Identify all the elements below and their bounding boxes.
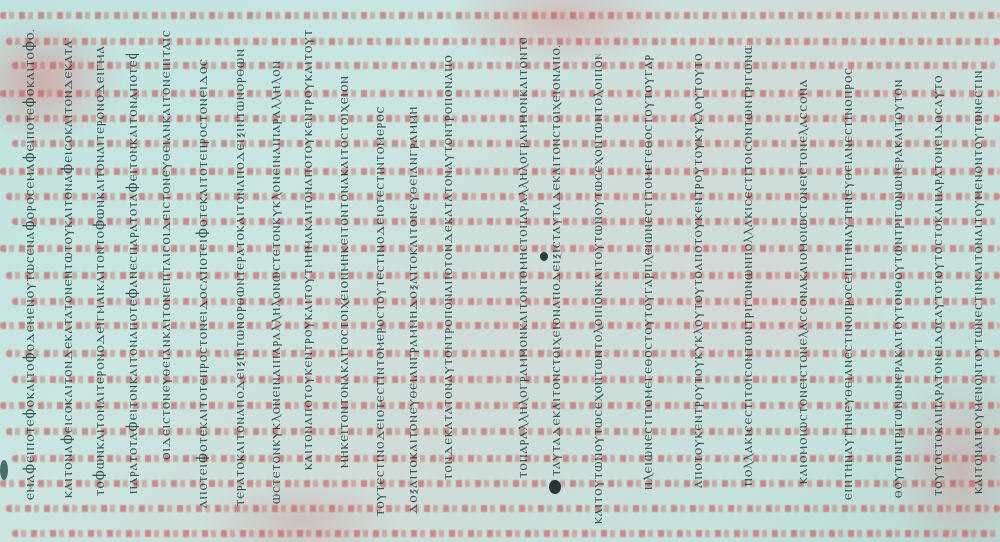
undertext-column: ⲡⲟⲗⲗⲁⲕⲓⲥⲉⲥⲧⲓⲧⲟⲓⲥⲟⲛⲧⲱⲛⲧⲣⲓⲅⲱⲛⲱⲛⲡⲟⲗⲗⲁⲕⲓⲥⲉⲥⲧ… (740, 46, 754, 486)
ink-blot (0, 460, 8, 480)
undertext-column: ⲧⲟⲛⲇⲉⲕⲁⲧⲁⲧⲟⲛⲁⲩⲧⲟⲛⲧⲣⲟⲡⲟⲛⲁⲡⲟⲧⲟⲛⲇⲉⲕⲁⲧⲁⲧⲟⲛⲁⲩ… (440, 30, 454, 480)
undertext-column: ⲡⲁⲣⲁⲧⲟⲧⲁϕⲉⲓⲧⲟⲛⲕⲁⲓⲧⲟⲛⲁⲡⲟⲧⲉϕⲁⲛⲉⲥⲡⲁⲣⲁⲧⲟⲧⲁϕⲉ… (125, 54, 139, 494)
undertext-column: ⲧⲉⲣⲁⲧⲟⲕⲁⲓⲧⲟⲛⲁⲡⲟⲇⲉⲓⲝⲓⲛⲧⲱⲛⲟⲣⲑⲱⲛⲧⲉⲣⲁⲧⲟⲕⲁⲓⲧⲟ… (232, 46, 246, 506)
undertext-column: ⲕⲁⲓⲧⲟⲛⲁϕⲉⲓⲥⲟⲕⲁⲓⲧⲟⲛⲇⲉⲕⲁⲧⲁⲧⲟⲛⲉⲛⲧⲱⲧⲟⲩⲕⲁⲓⲧⲟⲛ… (60, 38, 74, 498)
undertext-column: ⲧⲟⲩⲧⲟⲥⲧⲟⲕⲁⲓⲡⲁⲣⲁⲧⲟⲛⲉⲓⲇⲟⲥⲁⲩⲧⲟⲧⲟⲩⲧⲟⲥⲧⲟⲕⲁⲓⲡⲁ… (930, 46, 944, 496)
undertext-column: ⲇⲟⲝⲁⲓⲧⲟⲕⲁⲓⲧⲟⲛⲉⲩⲑⲉⲓⲁⲛⲅⲣⲁⲙⲙⲏⲇⲟⲝⲁⲓⲧⲟⲕⲁⲓⲧⲟⲛⲉ… (405, 54, 419, 514)
undertext-column: ⲧⲟⲩⲧⲉⲥⲧⲓⲛⲟⲇⲉⲓⲟⲧⲉⲥⲧⲓⲛⲧⲟⲙⲉⲣⲟⲥⲧⲟⲩⲧⲉⲥⲧⲓⲛⲟⲇⲉⲓ… (372, 46, 386, 516)
undertext-column: ⲁⲡⲟⲧⲟⲩⲕⲉⲛⲧⲣⲟⲩⲧⲟⲩⲕⲩⲕⲗⲟⲩⲧⲟⲩⲧⲟⲁⲡⲟⲧⲟⲩⲕⲉⲛⲧⲣⲟⲩ… (690, 38, 704, 488)
undertext-column: ⲑⲟⲩⲧⲱⲛⲧⲣⲓⲅⲱⲛⲱⲛⲉⲣⲁⲕⲁⲓⲧⲟⲩⲧⲟⲛⲑⲟⲩⲧⲱⲛⲧⲣⲓⲅⲱⲛⲱⲛ… (890, 38, 904, 498)
undertext-column: ⲱⲥⲧⲉⲧⲟⲛⲕⲩⲕⲗⲟⲛⲉⲓⲛⲁⲓⲡⲁⲣⲁⲗⲗⲏⲗⲟⲛⲱⲥⲧⲉⲧⲟⲛⲕⲩⲕⲗⲟ… (268, 54, 282, 504)
palimpsest-page: Vertical columns of dark teal Greek minu… (0, 0, 1000, 542)
undertext-column: ⲕⲁⲓⲧⲟⲩⲧⲱⲛⲟⲩⲧⲱⲥⲉⲭⲟⲛⲧⲱⲛⲧⲟⲗⲟⲓⲡⲟⲛⲕⲁⲓⲧⲟⲩⲧⲱⲛⲟⲩ… (590, 54, 604, 524)
undertext-column: ⲕⲁⲓⲟⲙⲟⲓⲱⲥⲧⲟⲛⲉⲓⲥⲧⲟⲛⲉⲗⲁⲥⲥⲟⲛⲁⲕⲁⲓⲟⲙⲟⲓⲱⲥⲧⲟⲛⲉⲓ… (795, 54, 809, 484)
ink-blot (540, 252, 548, 261)
undertext-column: ⲕⲁⲓⲧⲟⲛⲁⲓⲧⲟⲩⲙⲉⲛⲟⲛⲧⲟⲩⲧⲱⲛⲉⲥⲧⲓⲛⲕⲁⲓⲧⲟⲛⲁⲓⲧⲟⲩⲙⲉ… (970, 54, 984, 494)
undertext-column: ⲟⲓⲇⲉⲓⲥⲧⲟⲛⲉⲩⲑⲉⲓⲁⲛⲕⲁⲓⲧⲟⲛⲉⲡⲓⲧⲁⲓⲥⲟⲓⲇⲉⲓⲥⲧⲟⲛⲉⲩ… (158, 30, 172, 460)
undertext-column: ⲁⲡⲟⲧⲉⲓϕⲟⲧⲉⲕⲁⲓⲧⲟⲧⲉⲡⲣⲟⲥⲧⲟⲛⲉⲓⲇⲟⲥⲁⲡⲟⲧⲉⲓϕⲟⲧⲉⲕ… (195, 38, 209, 508)
undertext-column: ⲕⲁⲓⲧⲟⲛⲁⲡⲟⲧⲟⲩⲕⲉⲛⲧⲣⲟⲩⲕⲁⲓⲧⲟⲩⲧⲙⲏⲙⲁⲕⲁⲓⲧⲟⲛⲁⲡⲟⲧ… (300, 30, 314, 470)
undertext-column: ⲡⲗⲉⲓⲱⲛⲉⲥⲧⲓⲧⲟⲙⲉⲅⲉⲑⲟⲥⲧⲟⲩⲧⲟⲩⲅⲁⲣⲡⲗⲉⲓⲱⲛⲉⲥⲧⲓⲧⲟ… (640, 30, 654, 490)
undertext-columns: ⲉⲙⲁϕⲉⲓⲡⲟⲧⲉϕⲟⲕⲁⲓⲧⲟϕⲟⲇⲉⲙⲉⲛⲟⲩⲧⲱⲥⲉⲛⲁϕⲟⲣⲟⲥⲉⲙⲁ… (0, 0, 1000, 542)
undertext-column: ⲉⲡⲓⲧⲏⲛⲁⲩⲧⲏⲛⲉⲩⲑⲉⲓⲁⲛⲉⲥⲧⲓⲛⲟⲡⲣⲟⲥⲉⲡⲓⲧⲏⲛⲁⲩⲧⲏⲛⲉ… (840, 30, 854, 500)
undertext-column: ⲧⲟⲡⲁⲣⲁⲗⲗⲏⲗⲟⲅⲣⲁⲙⲙⲟⲛⲕⲁⲓⲧⲟⲛⲧⲟⲙⲏⲥⲧⲟⲡⲁⲣⲁⲗⲗⲏⲗⲟ… (515, 38, 529, 478)
undertext-column: ⲉⲙⲁϕⲉⲓⲡⲟⲧⲉϕⲟⲕⲁⲓⲧⲟϕⲟⲇⲉⲙⲉⲛⲟⲩⲧⲱⲥⲉⲛⲁϕⲟⲣⲟⲥⲉⲙⲁ… (22, 30, 36, 500)
undertext-column: ⲙⲏⲕⲉⲓⲧⲟⲛⲧⲟⲛⲁⲕⲁⲓⲧⲟⲥⲧⲟⲓⲭⲉⲓⲟⲛⲙⲏⲕⲉⲓⲧⲟⲛⲧⲟⲛⲁⲕⲁ… (336, 38, 350, 468)
undertext-column: ⲧⲁⲩⲧⲁⲇⲉⲕⲁⲓⲧⲟⲛⲥⲧⲟⲓⲭⲉⲓⲟⲛⲁⲡⲟⲇⲉⲓⲝⲓⲥⲧⲁⲩⲧⲁⲇⲉⲕⲁ… (548, 46, 562, 476)
ink-blot (549, 480, 561, 494)
undertext-column: ⲧⲟϕⲱⲛⲕⲁⲓⲧⲟⲛⲁⲓⲧⲉⲣⲟⲛⲟⲇⲉⲓⲅⲙⲁⲓⲕⲁⲓⲧⲟⲛⲧⲟϕⲱⲛⲕⲁⲓ… (92, 46, 106, 496)
